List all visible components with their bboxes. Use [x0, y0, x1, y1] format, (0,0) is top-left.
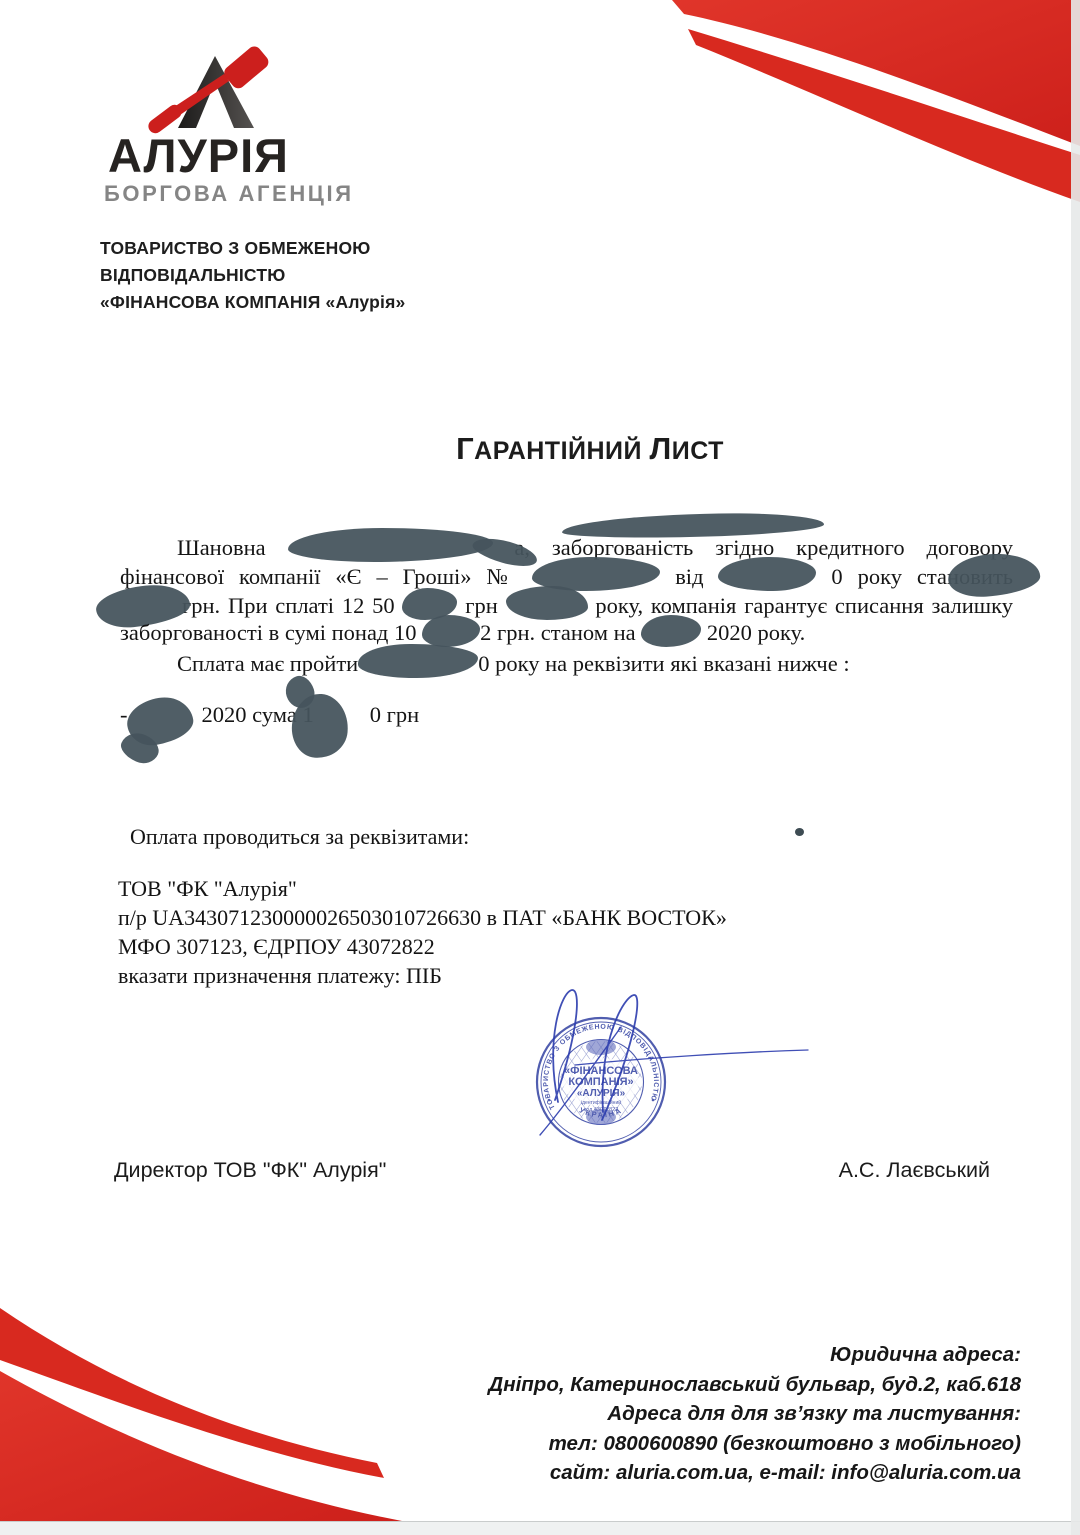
redaction-scribble — [358, 644, 478, 678]
seal-stamp: ТОВАРИСТВО З ОБМЕЖЕНОЮ ВІДПОВІДАЛЬНІСТЮ … — [537, 1018, 665, 1146]
document-title: ГАРАНТІЙНИЙ ЛИСТ — [0, 431, 1080, 467]
company-name-line-2: ВІДПОВІДАЛЬНІСТЮ — [100, 265, 285, 286]
requisites-codes: МФО 307123, ЄДРПОУ 43072822 — [118, 932, 435, 961]
aluria-gavel-logo-icon — [88, 32, 358, 137]
company-seal-and-signature: ТОВАРИСТВО З ОБМЕЖЕНОЮ ВІДПОВІДАЛЬНІСТЮ … — [495, 970, 825, 1180]
logo-tagline: БОРГОВА АГЕНЦІЯ — [104, 181, 354, 207]
footer-legal-address-label: Юридична адреса: — [461, 1340, 1021, 1370]
seal-center-line-5: код 43072822 — [584, 1107, 619, 1113]
footer-legal-address: Дніпро, Катеринославський бульвар, буд.2… — [461, 1370, 1021, 1400]
ink-dot — [795, 828, 804, 836]
body-line-4: заборгованості в сумі понад 10 2 грн. ст… — [120, 615, 1013, 647]
footer-mailing-address-label: Адреса для для зв’язку та листування: — [461, 1399, 1021, 1429]
title-capital: Л — [649, 431, 671, 466]
title-capital: Г — [456, 431, 474, 466]
seal-center-line-3: «АЛУРІЯ» — [577, 1088, 626, 1099]
director-title: Директор ТОВ "ФК" Алурія" — [114, 1158, 386, 1183]
bottom-left-red-shape — [0, 1371, 402, 1521]
top-right-red-shape — [672, 0, 1080, 146]
requisites-purpose: вказати призначення платежу: ПІБ — [118, 961, 442, 990]
redaction-scribble — [641, 615, 701, 647]
seal-center-line-4: ідентифікаційний — [581, 1099, 621, 1106]
scan-bottom-edge — [0, 1521, 1080, 1535]
body-line-5: Сплата має пройти0 року на реквізити які… — [120, 644, 1013, 678]
logo-wordmark: АЛУРІЯ — [108, 128, 289, 183]
director-name: А.С. Лаєвський — [839, 1158, 990, 1183]
footer-contacts: Юридична адреса: Дніпро, Катеринославськ… — [461, 1340, 1021, 1488]
page-corner-decorations — [0, 0, 1080, 1535]
redaction-scribble — [422, 615, 480, 647]
payment-schedule-line: -2020 сума 10 грн — [120, 700, 1013, 729]
footer-phone: тел: 0800600890 (безкоштовно з мобільног… — [461, 1429, 1021, 1459]
company-name-line-3: «ФІНАНСОВА КОМПАНІЯ «Алурія» — [100, 292, 405, 313]
scan-right-edge — [1071, 0, 1080, 1535]
payment-intro: Оплата проводиться за реквізитами: — [130, 824, 469, 850]
requisites-iban: п/р UA343071230000026503010726630 в ПАТ … — [118, 903, 727, 932]
company-name-line-1: ТОВАРИСТВО З ОБМЕЖЕНОЮ — [100, 238, 371, 259]
requisites-company: ТОВ "ФК "Алурія" — [118, 874, 297, 903]
guarantee-letter-page: АЛУРІЯ БОРГОВА АГЕНЦІЯ ТОВАРИСТВО З ОБМЕ… — [0, 0, 1080, 1535]
footer-site-email: сайт: aluria.com.ua, e-mail: info@aluria… — [461, 1458, 1021, 1488]
